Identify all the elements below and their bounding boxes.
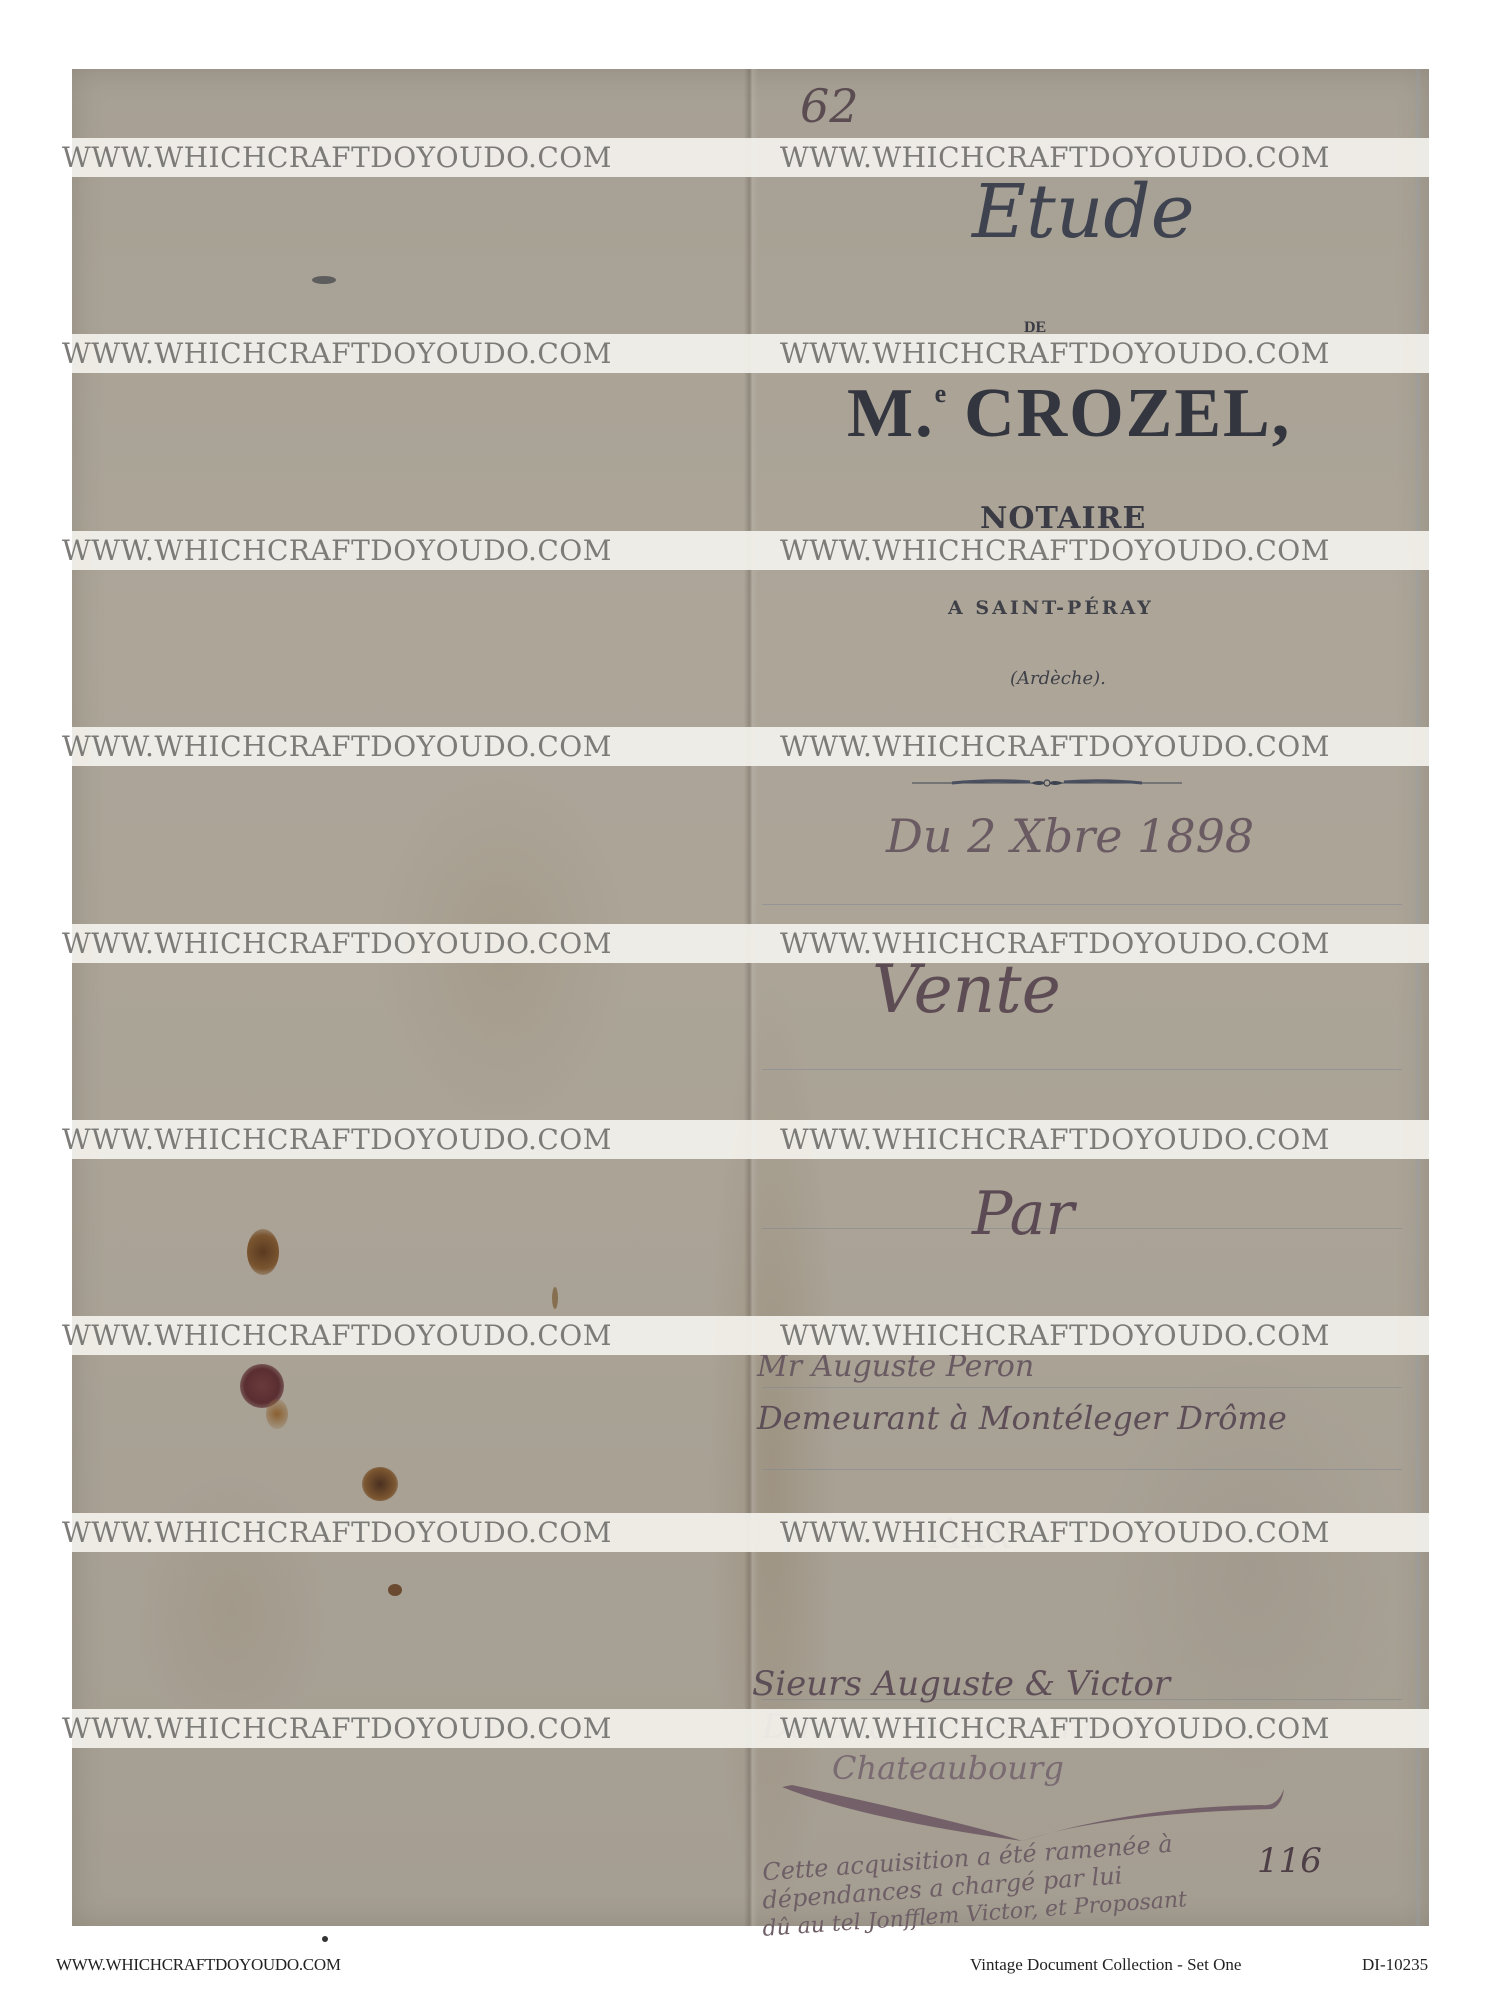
watermark-text: WWW.WHICHCRAFTDOYOUDO.COM bbox=[62, 924, 612, 963]
watermark-text: WWW.WHICHCRAFTDOYOUDO.COM bbox=[62, 138, 612, 177]
footer-site: WWW.WHICHCRAFTDOYOUDO.COM bbox=[56, 1955, 341, 1975]
watermark-text: WWW.WHICHCRAFTDOYOUDO.COM bbox=[62, 1316, 612, 1355]
watermark-text: WWW.WHICHCRAFTDOYOUDO.COM bbox=[780, 924, 1330, 963]
deed-date: Du 2 Xbre 1898 bbox=[886, 809, 1254, 863]
notary-name: M.eCROZEL, bbox=[847, 374, 1291, 454]
notary-prefix-superscript: e bbox=[935, 379, 949, 408]
watermark-text: WWW.WHICHCRAFTDOYOUDO.COM bbox=[62, 1709, 612, 1748]
ornament-divider bbox=[912, 776, 1182, 790]
watermark-text: WWW.WHICHCRAFTDOYOUDO.COM bbox=[62, 1120, 612, 1159]
ruled-line bbox=[762, 1469, 1402, 1470]
ink-stain bbox=[362, 1467, 398, 1501]
ink-stain bbox=[247, 1229, 279, 1275]
footer-collection: Vintage Document Collection - Set One bbox=[970, 1955, 1241, 1975]
notary-region: (Ardèche). bbox=[1010, 668, 1106, 689]
notary-surname: CROZEL, bbox=[964, 375, 1291, 452]
ink-stain bbox=[552, 1287, 558, 1309]
ruled-line bbox=[762, 904, 1402, 905]
watermark-text: WWW.WHICHCRAFTDOYOUDO.COM bbox=[780, 1316, 1330, 1355]
folio-number: 62 bbox=[800, 79, 859, 133]
watermark-text: WWW.WHICHCRAFTDOYOUDO.COM bbox=[62, 1513, 612, 1552]
ink-stain bbox=[266, 1399, 288, 1429]
watermark-text: WWW.WHICHCRAFTDOYOUDO.COM bbox=[780, 334, 1330, 373]
watermark-text: WWW.WHICHCRAFTDOYOUDO.COM bbox=[780, 1709, 1330, 1748]
watermark-text: WWW.WHICHCRAFTDOYOUDO.COM bbox=[62, 727, 612, 766]
ruled-line bbox=[762, 1387, 1402, 1388]
watermark-text: WWW.WHICHCRAFTDOYOUDO.COM bbox=[780, 1513, 1330, 1552]
seller-residence: Demeurant à Montéleger Drôme bbox=[757, 1399, 1287, 1437]
watermark-text: WWW.WHICHCRAFTDOYOUDO.COM bbox=[780, 531, 1330, 570]
par-label: Par bbox=[972, 1179, 1074, 1249]
ruled-line bbox=[762, 1228, 1402, 1229]
footer-code: DI-10235 bbox=[1362, 1955, 1428, 1975]
watermark-text: WWW.WHICHCRAFTDOYOUDO.COM bbox=[62, 531, 612, 570]
notary-location: A SAINT-PÉRAY bbox=[948, 597, 1154, 619]
margin-number: 116 bbox=[1257, 1841, 1322, 1881]
watermark-text: WWW.WHICHCRAFTDOYOUDO.COM bbox=[780, 1120, 1330, 1159]
watermark-text: WWW.WHICHCRAFTDOYOUDO.COM bbox=[62, 334, 612, 373]
notary-prefix: M. bbox=[847, 375, 935, 452]
watermark-text: WWW.WHICHCRAFTDOYOUDO.COM bbox=[780, 138, 1330, 177]
ruled-line bbox=[762, 1069, 1402, 1070]
ink-stain bbox=[388, 1584, 402, 1596]
heading-etude: Etude bbox=[972, 169, 1195, 255]
buyer-line-1: Sieurs Auguste & Victor bbox=[752, 1664, 1170, 1704]
ink-dot bbox=[322, 1936, 328, 1942]
ink-mark bbox=[312, 276, 336, 284]
watermark-text: WWW.WHICHCRAFTDOYOUDO.COM bbox=[780, 727, 1330, 766]
